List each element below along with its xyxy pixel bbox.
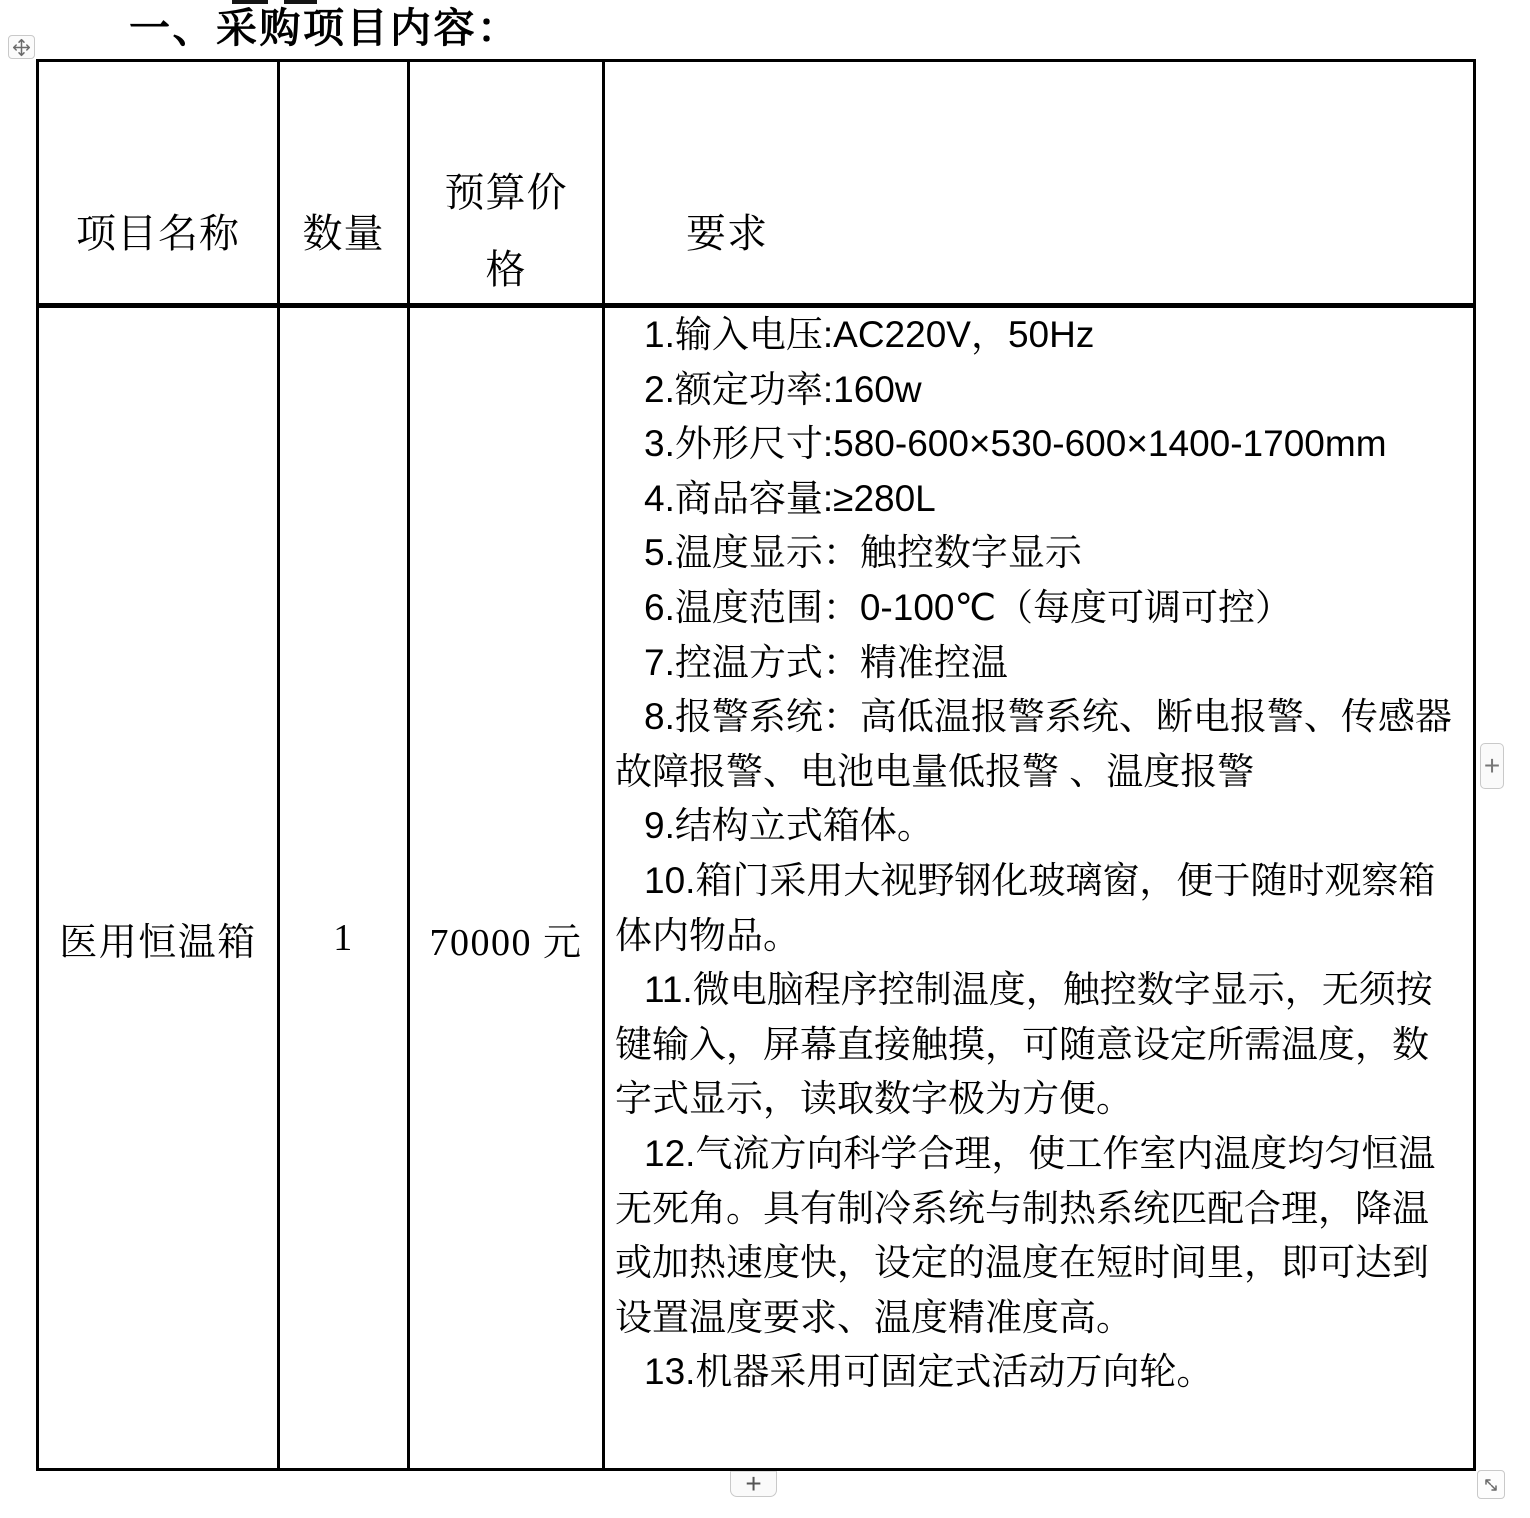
cell-quantity: 1 <box>280 308 410 1468</box>
table-resize-handle[interactable] <box>1477 1470 1505 1499</box>
header-project-name: 项目名称 <box>39 62 280 308</box>
requirement-item: 10.箱门采用大视野钢化玻璃窗，便于随时观察箱体内物品。 <box>615 854 1465 963</box>
budget-value: 70000 元 <box>429 911 582 966</box>
requirement-item: 12.气流方向科学合理，使工作室内温度均匀恒温无死角。具有制冷系统与制热系统匹配… <box>615 1127 1465 1345</box>
quantity-value: 1 <box>333 916 354 960</box>
cell-budget: 70000 元 <box>410 308 605 1468</box>
requirement-item: 4.商品容量:≥280L <box>615 472 1465 527</box>
cell-project-name: 医用恒温箱 <box>39 308 280 1468</box>
header-label: 预算价格 <box>438 154 574 308</box>
requirement-item: 7.控温方式：精准控温 <box>615 636 1465 691</box>
requirement-item: 1.输入电压:AC220V，50Hz <box>615 308 1465 363</box>
header-quantity: 数量 <box>280 62 410 308</box>
requirement-item: 11.微电脑程序控制温度，触控数字显示，无须按键输入，屏幕直接触摸，可随意设定所… <box>615 963 1465 1127</box>
requirement-item: 5.温度显示：触控数字显示 <box>615 526 1465 581</box>
resize-diagonal-icon <box>1481 1475 1501 1495</box>
header-requirements: 要求 <box>605 62 1473 308</box>
add-column-button[interactable]: + <box>1480 743 1504 789</box>
requirement-item: 8.报警系统：高低温报警系统、断电报警、传感器故障报警、电池电量低报警 、温度报… <box>615 690 1465 799</box>
procurement-table: 项目名称 数量 预算价格 要求 医用恒温箱 1 70000 元 1.输入电压:A… <box>36 59 1476 1471</box>
header-label: 数量 <box>303 202 385 259</box>
table-move-handle[interactable] <box>8 35 35 59</box>
requirement-item: 6.温度范围：0-100℃（每度可调可控） <box>615 581 1465 636</box>
header-budget-price: 预算价格 <box>410 62 605 308</box>
cell-requirements: 1.输入电压:AC220V，50Hz 2.额定功率:160w 3.外形尺寸:58… <box>605 308 1473 1468</box>
requirement-item: 9.结构立式箱体。 <box>615 799 1465 854</box>
requirement-item: 3.外形尺寸:580-600×530-600×1400-1700mm <box>615 417 1465 472</box>
requirement-item: 2.额定功率:160w <box>615 363 1465 418</box>
requirement-item: 13.机器采用可固定式活动万向轮。 <box>615 1345 1465 1400</box>
header-label: 项目名称 <box>76 202 240 259</box>
add-row-button[interactable]: + <box>730 1471 777 1497</box>
header-label: 要求 <box>686 202 768 259</box>
section-title: 一、采购项目内容： <box>129 2 521 54</box>
move-cross-icon <box>12 38 31 57</box>
project-name-value: 医用恒温箱 <box>59 911 257 966</box>
